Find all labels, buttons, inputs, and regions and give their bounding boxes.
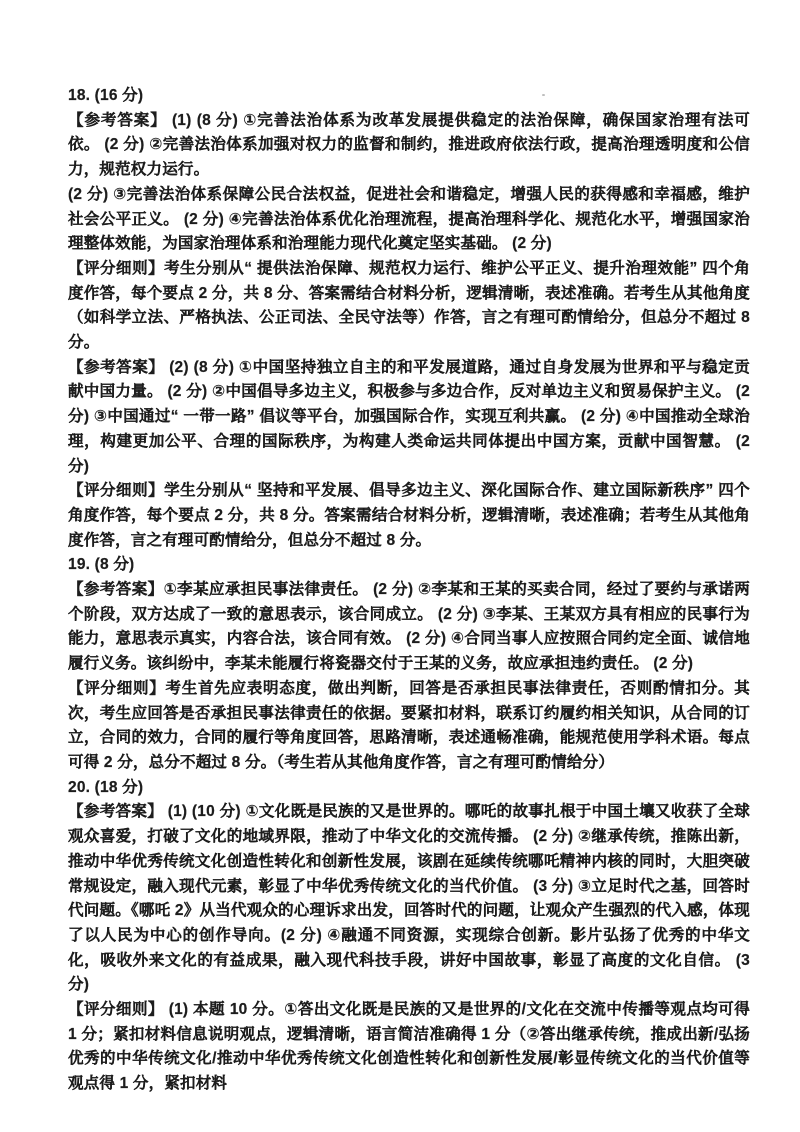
question-20-header: 20. (18 分) (68, 776, 750, 801)
document-body: 18. (16 分) 【参考答案】 (1) (8 分) ①完善法治体系为改革发展… (68, 84, 750, 1097)
q18-part2-scoring-rubric: 【评分细则】学生分别从“ 坚持和平发展、倡导多边主义、深化国际合作、建立国际新秩… (68, 479, 750, 553)
q18-part1-reference-answer: 【参考答案】 (1) (8 分) ①完善法治体系为改革发展提供稳定的法治保障，确… (68, 109, 750, 183)
q18-part1-scoring-rubric: 【评分细则】考生分别从“ 提供法治保障、规范权力运行、维护公平正义、提升治理效能… (68, 257, 750, 356)
question-19-header: 19. (8 分) (68, 553, 750, 578)
q20-part1-reference-answer: 【参考答案】 (1) (10 分) ①文化既是民族的又是世界的。哪吒的故事扎根于… (68, 800, 750, 998)
q19-scoring-rubric: 【评分细则】考生首先应表明态度，做出判断，回答是否承担民事法律责任，否则酌情扣分… (68, 677, 750, 776)
answer-key-page: 18. (16 分) 【参考答案】 (1) (8 分) ①完善法治体系为改革发展… (0, 0, 800, 1132)
q18-part1-answer-continued: (2 分) ③完善法治体系保障公民合法权益，促进社会和谐稳定，增强人民的获得感和… (68, 183, 750, 257)
q19-reference-answer: 【参考答案】①李某应承担民事法律责任。 (2 分) ②李某和王某的买卖合同，经过… (68, 578, 750, 677)
q18-part2-reference-answer: 【参考答案】 (2) (8 分) ①中国坚持独立自主的和平发展道路，通过自身发展… (68, 356, 750, 480)
question-18-header: 18. (16 分) (68, 84, 750, 109)
q20-part1-scoring-rubric: 【评分细则】 (1) 本题 10 分。①答出文化既是民族的又是世界的/文化在交流… (68, 998, 750, 1097)
